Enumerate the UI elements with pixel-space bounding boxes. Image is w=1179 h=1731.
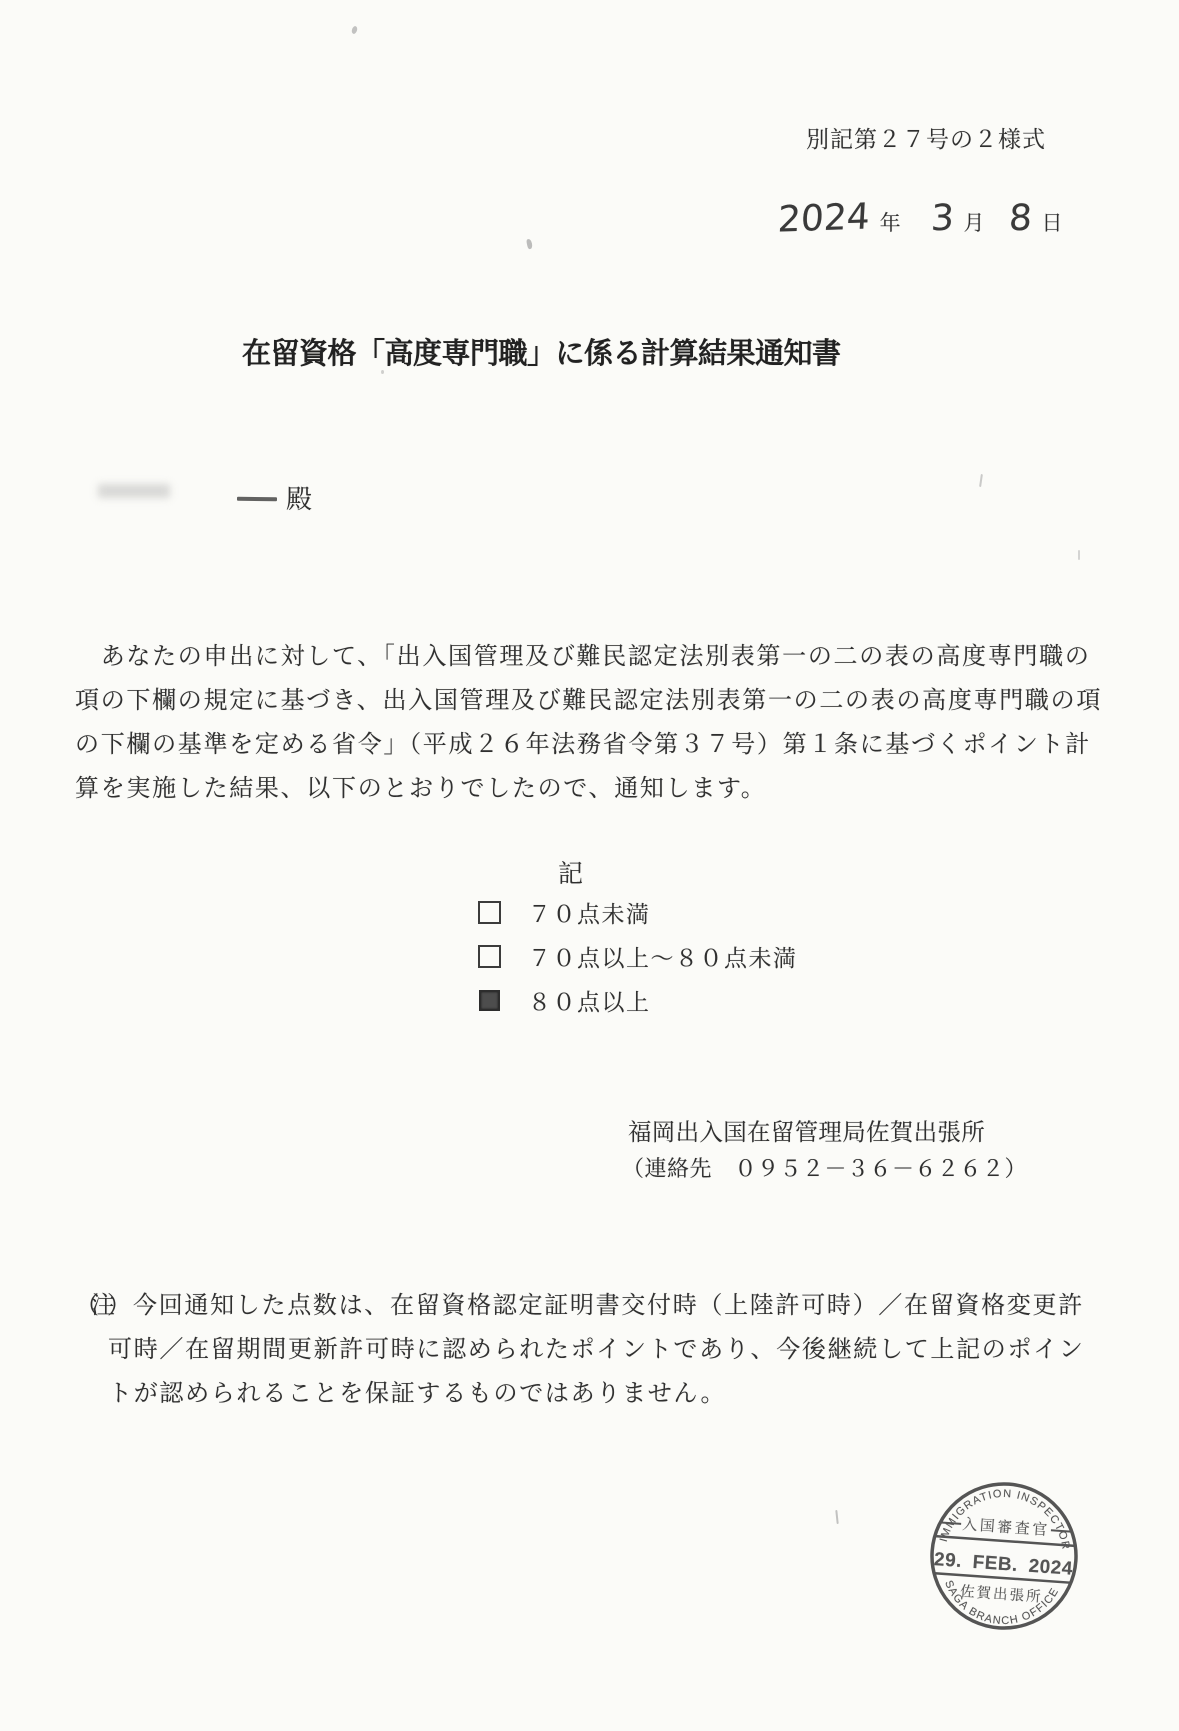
issue-date-month-handwritten: 3 xyxy=(930,198,955,240)
scan-speck xyxy=(835,1510,838,1524)
redacted-addressee-name xyxy=(98,484,170,498)
immigration-inspector-stamp: IMMIGRATION INSPECTOR 入国審査官 29. FEB. 202… xyxy=(921,1473,1088,1640)
body-line: の下欄の基準を定める省令」（平成２６年法務省令第３７号）第１条に基づくポイント計 xyxy=(75,723,1135,767)
note-line: トが認められることを保証するものではありません。 xyxy=(108,1372,1135,1416)
score-option-row: ８０点以上 xyxy=(478,986,651,1014)
checkbox-unchecked-icon xyxy=(478,945,501,968)
stamp-side-rule-left xyxy=(941,1523,961,1524)
issuer-contact-phone: （連絡先 ０９５２－３６－６２６２） xyxy=(622,1152,1027,1183)
issuer-office: 福岡出入国在留管理局佐賀出張所 xyxy=(628,1113,985,1147)
stamp-title-jp: 入国審査官 xyxy=(962,1515,1051,1539)
note-label: （注） xyxy=(75,1293,123,1319)
issue-date-month-unit: 月 xyxy=(964,207,985,237)
note-paragraph: （注）今回通知した点数は、在留資格認定証明書交付時（上陸許可時）／在留資格変更許… xyxy=(75,1284,1135,1416)
body-line: 項の下欄の規定に基づき、出入国管理及び難民認定法別表第一の二の表の高度専門職の項 xyxy=(75,679,1135,723)
checkbox-checked-icon xyxy=(479,990,500,1011)
score-option-label: ７０点以上～８０点未満 xyxy=(528,940,798,973)
body-paragraph: あなたの申出に対して、「出入国管理及び難民認定法別表第一の二の表の高度専門職の … xyxy=(75,635,1135,811)
stamp-side-rule-right xyxy=(1051,1530,1071,1531)
score-option-label: ７０点未満 xyxy=(528,896,651,929)
score-option-row: ７０点以上～８０点未満 xyxy=(478,942,798,970)
scan-speck xyxy=(381,370,384,374)
issue-date-year-handwritten: 2024 xyxy=(777,196,871,240)
issue-date-day-handwritten: 8 xyxy=(1007,198,1032,240)
issue-date: 2024 年 3 月 8 日 xyxy=(778,198,1062,239)
section-marker: 記 xyxy=(558,854,583,890)
scan-speck xyxy=(1078,550,1080,560)
scan-speck xyxy=(351,25,358,34)
scan-speck xyxy=(526,239,533,250)
body-line: 算を実施した結果、以下のとおりでしたので、通知します。 xyxy=(75,767,1135,811)
scan-speck xyxy=(979,474,983,487)
score-option-label: ８０点以上 xyxy=(528,984,651,1017)
note-text: 今回通知した点数は、在留資格認定証明書交付時（上陸許可時）／在留資格変更許 xyxy=(133,1293,1084,1319)
stamp-band-rule-top xyxy=(935,1536,1075,1546)
checkbox-unchecked-icon xyxy=(478,901,501,924)
scanned-document-page: 別記第２７号の２様式 2024 年 3 月 8 日 在留資格「高度専門職」に係る… xyxy=(0,0,1179,1731)
document-title: 在留資格「高度専門職」に係る計算結果通知書 xyxy=(242,331,841,372)
stamp-office-jp: 佐賀出張所 xyxy=(960,1583,1043,1606)
note-line: （注）今回通知した点数は、在留資格認定証明書交付時（上陸許可時）／在留資格変更許 xyxy=(75,1284,1135,1328)
issue-date-year-unit: 年 xyxy=(880,207,901,237)
score-option-row: ７０点未満 xyxy=(478,898,651,926)
addressee-honorific: 殿 xyxy=(286,479,312,516)
form-number: 別記第２７号の２様式 xyxy=(806,121,1046,154)
issue-date-day-unit: 日 xyxy=(1041,207,1062,237)
note-line: 可時／在留期間更新許可時に認められたポイントであり、今後継続して上記のポイン xyxy=(108,1328,1135,1372)
body-line: あなたの申出に対して、「出入国管理及び難民認定法別表第一の二の表の高度専門職の xyxy=(75,635,1135,679)
addressee-underline xyxy=(237,497,277,502)
